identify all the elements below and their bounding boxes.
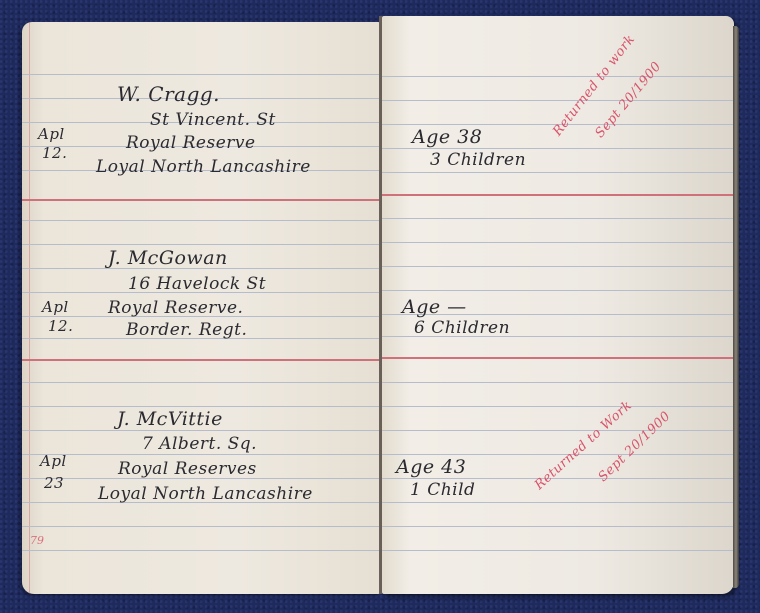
- entry-name: J. McVittie: [117, 408, 223, 430]
- open-register-book: W. Cragg. St Vincent. St Apl Royal Reser…: [0, 0, 760, 613]
- entry-date-month: Apl: [40, 452, 67, 470]
- entry-children: 3 Children: [430, 150, 526, 170]
- entry-regiment: Loyal North Lancashire: [96, 157, 311, 177]
- page-stack-edge: [733, 26, 739, 588]
- entry-divider: [22, 199, 380, 201]
- entry-regiment: Border. Regt.: [126, 320, 247, 340]
- entry-date-day: 12.: [48, 317, 73, 335]
- left-page: W. Cragg. St Vincent. St Apl Royal Reser…: [22, 22, 380, 594]
- entry-date-month: Apl: [42, 298, 69, 316]
- entry-address: 16 Havelock St: [128, 274, 266, 294]
- entry-service: Royal Reserve: [126, 133, 256, 153]
- right-page: Age 38 3 Children Returned to work Sept …: [382, 16, 734, 594]
- entry-children: 6 Children: [414, 318, 510, 338]
- entry-address: St Vincent. St: [150, 110, 276, 130]
- entry-service: Royal Reserve.: [108, 298, 243, 318]
- entry-age: Age 43: [396, 456, 466, 478]
- entry-divider: [382, 357, 734, 359]
- entry-service: Royal Reserves: [118, 459, 257, 479]
- entry-address: 7 Albert. Sq.: [142, 434, 257, 454]
- entry-regiment: Loyal North Lancashire: [98, 484, 313, 504]
- entry-date-day: 12.: [42, 144, 67, 162]
- margin-line: [29, 22, 30, 594]
- entry-name: J. McGowan: [108, 247, 228, 269]
- entry-divider: [22, 359, 380, 361]
- entry-date-day: 23: [44, 474, 64, 492]
- entry-date-month: Apl: [38, 125, 65, 143]
- entry-divider: [382, 194, 734, 196]
- entry-age: Age 38: [412, 126, 482, 148]
- entry-age: Age —: [402, 296, 467, 318]
- entry-name: W. Cragg.: [117, 82, 220, 106]
- page-number: 79: [30, 534, 44, 547]
- entry-children: 1 Child: [410, 480, 475, 500]
